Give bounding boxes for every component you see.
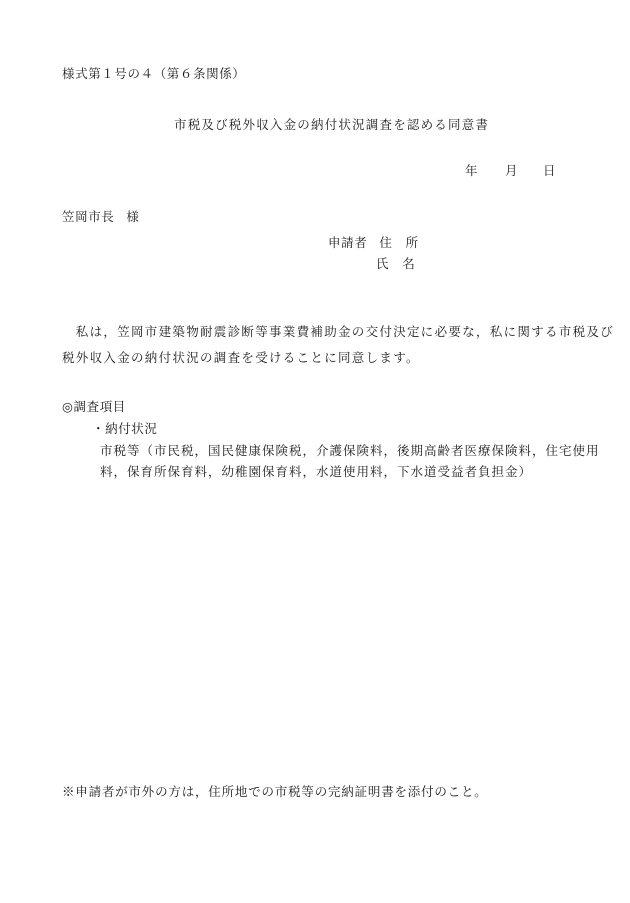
date-day-label: 日 [543,163,556,179]
applicant-label: 申請者 [328,235,367,250]
date-month-label: 月 [505,163,543,179]
consent-text-line-1: 私は，笠岡市建築物耐震診断等事業費補助金の交付決定に必要な，私に関する市税及び [62,324,614,340]
investigation-detail-line-2: 料，保育所保育料，幼稚園保育料，水道使用料，下水道受益者負担金） [100,464,532,480]
investigation-heading: ◎調査項目 [62,399,126,415]
consent-text-line-2: 税外収入金の納付状況の調査を受けることに同意します。 [62,350,420,366]
name-label: 氏 名 [376,256,415,271]
date-year-label: 年 [465,163,505,179]
form-number: 様式第１号の４（第６条関係） [62,66,245,82]
addressee-honorific: 様 [126,209,139,224]
footnote: ※申請者が市外の方は，住所地での市税等の完納証明書を添付のこと。 [62,784,488,800]
date-line: 年月日 [465,163,556,179]
address-label: 住 所 [379,235,418,250]
applicant-address-row: 申請者住 所 [328,235,419,251]
addressee: 笠岡市長様 [62,209,140,225]
investigation-item: ・納付状況 [92,421,158,437]
investigation-detail-line-1: 市税等（市民税，国民健康保険税，介護保険料，後期高齢者医療保険料，住宅使用 [100,443,600,459]
document-title: 市税及び税外収入金の納付状況調査を認める同意書 [174,117,489,133]
applicant-name-row: 氏 名 [376,256,415,272]
addressee-name: 笠岡市長 [62,209,114,224]
